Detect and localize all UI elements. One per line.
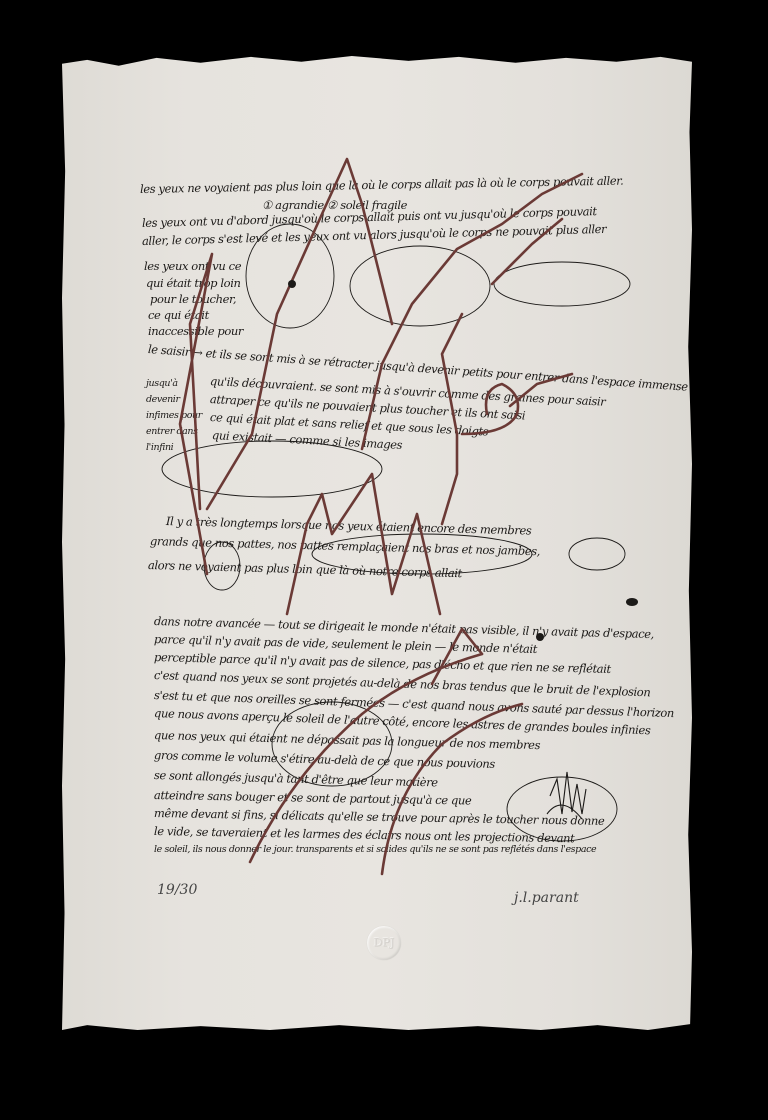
edition-number: 19/30 [157,882,197,898]
artist-signature: j.l.parant [514,890,579,906]
blind-stamp-logo: DPJ [367,926,401,960]
annotation-bubble [246,224,334,328]
paper-sheet: les yeux ne voyaient pas plus loin que l… [62,54,692,1030]
